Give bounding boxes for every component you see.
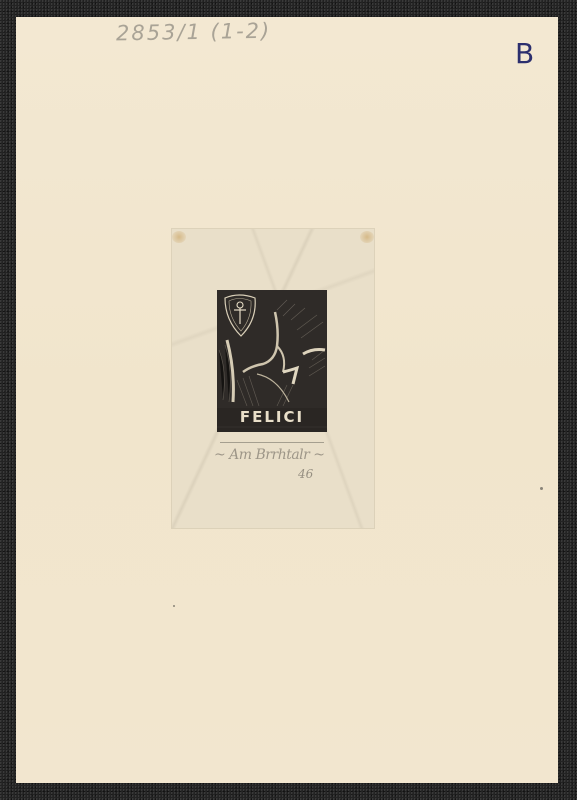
woodcut-scene-image: [217, 290, 327, 406]
woodcut-print: FELICI: [217, 290, 327, 432]
paper-speck: [173, 605, 175, 607]
inventory-number: 2853/1 (1-2): [116, 19, 272, 46]
tissue-paper: FELICI ~ Am Brrhtalr ~ 46: [172, 229, 374, 528]
paper-speck: [540, 487, 543, 490]
sheet-letter: B: [515, 37, 534, 70]
banner-underline: [217, 428, 327, 432]
stain-top-right: [360, 231, 374, 243]
stain-top-left: [172, 231, 186, 243]
bookplate-banner: FELICI: [217, 408, 327, 426]
signature-year: 46: [298, 467, 313, 481]
pencil-signature: ~ Am Brrhtalr ~: [214, 447, 344, 463]
pencil-rule: [220, 442, 324, 443]
banner-text: FELICI: [240, 408, 304, 426]
mount-sheet: 2853/1 (1-2) B: [16, 17, 558, 783]
